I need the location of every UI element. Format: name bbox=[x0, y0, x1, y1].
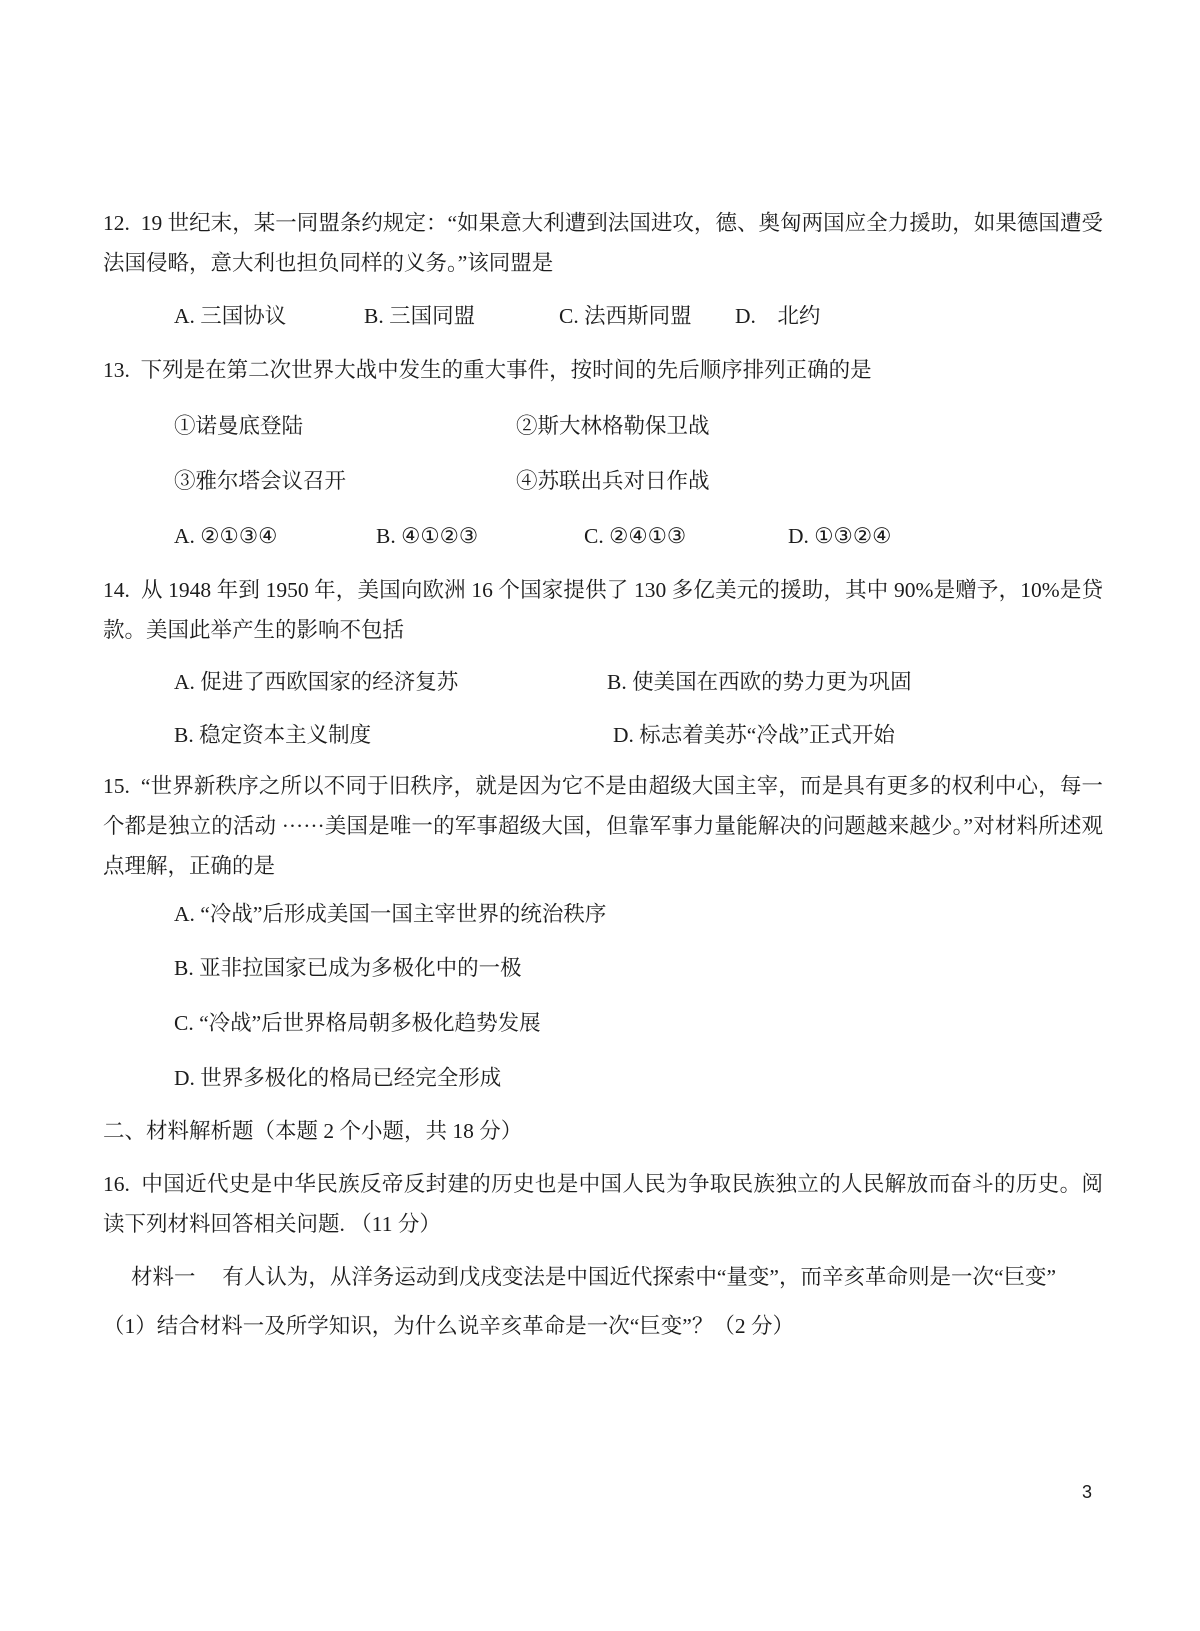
q13-item-2: ②斯大林格勒保卫战 bbox=[516, 406, 710, 446]
q13-item-1: ①诺曼底登陆 bbox=[174, 406, 516, 446]
question-16-sub-question-1: （1）结合材料一及所学知识，为什么说辛亥革命是一次“巨变”？（2 分） bbox=[103, 1306, 1103, 1346]
q15-option-b-row: B. 亚非拉国家已成为多极化中的一极 bbox=[103, 948, 1103, 988]
question-14-options-row-1: A. 促进了西欧国家的经济复苏B. 使美国在西欧的势力更为巩固 bbox=[103, 662, 1103, 702]
section-2-heading: 二、材料解析题（本题 2 个小题，共 18 分） bbox=[103, 1111, 1103, 1151]
question-15-stem: 15. “世界新秩序之所以不同于旧秩序，就是因为它不是由超级大国主宰，而是具有更… bbox=[103, 766, 1103, 886]
question-13-items-row-2: ③雅尔塔会议召开④苏联出兵对日作战 bbox=[103, 461, 1103, 501]
q12-option-c: C. 法西斯同盟 bbox=[559, 296, 735, 336]
q13-option-c: C. ②④①③ bbox=[584, 516, 788, 556]
question-14-stem: 14. 从 1948 年到 1950 年，美国向欧洲 16 个国家提供了 130… bbox=[103, 570, 1103, 650]
question-12-options: A. 三国协议B. 三国同盟C. 法西斯同盟D. 北约 bbox=[103, 296, 1103, 336]
question-12-stem: 12. 19 世纪末，某一同盟条约规定：“如果意大利遭到法国进攻，德、奥匈两国应… bbox=[103, 203, 1103, 283]
q15-option-b: B. 亚非拉国家已成为多极化中的一极 bbox=[174, 948, 522, 988]
q13-option-a: A. ②①③④ bbox=[174, 516, 376, 556]
question-13-stem: 13. 下列是在第二次世界大战中发生的重大事件，按时间的先后顺序排列正确的是 bbox=[103, 350, 1103, 390]
q12-option-b: B. 三国同盟 bbox=[364, 296, 559, 336]
exam-content: 12. 19 世纪末，某一同盟条约规定：“如果意大利遭到法国进攻，德、奥匈两国应… bbox=[103, 203, 1103, 1346]
q14-option-b: B. 使美国在西欧的势力更为巩固 bbox=[607, 662, 912, 702]
q13-item-4: ④苏联出兵对日作战 bbox=[516, 461, 710, 501]
question-13-options: A. ②①③④B. ④①②③C. ②④①③D. ①③②④ bbox=[103, 516, 1103, 556]
q15-option-d-row: D. 世界多极化的格局已经完全形成 bbox=[103, 1058, 1103, 1098]
q15-option-a-row: A. “冷战”后形成美国一国主宰世界的统治秩序 bbox=[103, 894, 1103, 934]
question-16-material-1: 材料一 有人认为，从洋务运动到戊戌变法是中国近代探索中“量变”，而辛亥革命则是一… bbox=[103, 1257, 1103, 1297]
q14-option-c: B. 稳定资本主义制度 bbox=[174, 715, 613, 755]
question-16-stem: 16. 中国近代史是中华民族反帝反封建的历史也是中国人民为争取民族独立的人民解放… bbox=[103, 1164, 1103, 1244]
q15-option-d: D. 世界多极化的格局已经完全形成 bbox=[174, 1058, 501, 1098]
q12-option-a: A. 三国协议 bbox=[174, 296, 364, 336]
q14-option-d: D. 标志着美苏“冷战”正式开始 bbox=[613, 715, 895, 755]
q15-option-a: A. “冷战”后形成美国一国主宰世界的统治秩序 bbox=[174, 894, 606, 934]
q15-option-c-row: C. “冷战”后世界格局朝多极化趋势发展 bbox=[103, 1003, 1103, 1043]
q15-option-c: C. “冷战”后世界格局朝多极化趋势发展 bbox=[174, 1003, 541, 1043]
question-14-options-row-2: B. 稳定资本主义制度D. 标志着美苏“冷战”正式开始 bbox=[103, 715, 1103, 755]
q13-option-b: B. ④①②③ bbox=[376, 516, 584, 556]
q13-option-d: D. ①③②④ bbox=[788, 516, 891, 556]
question-13-items-row-1: ①诺曼底登陆②斯大林格勒保卫战 bbox=[103, 406, 1103, 446]
q12-option-d: D. 北约 bbox=[735, 296, 820, 336]
page-number: 3 bbox=[1082, 1482, 1092, 1503]
q13-item-3: ③雅尔塔会议召开 bbox=[174, 461, 516, 501]
document-page: 12. 19 世纪末，某一同盟条约规定：“如果意大利遭到法国进攻，德、奥匈两国应… bbox=[0, 0, 1200, 1631]
q14-option-a: A. 促进了西欧国家的经济复苏 bbox=[174, 662, 607, 702]
